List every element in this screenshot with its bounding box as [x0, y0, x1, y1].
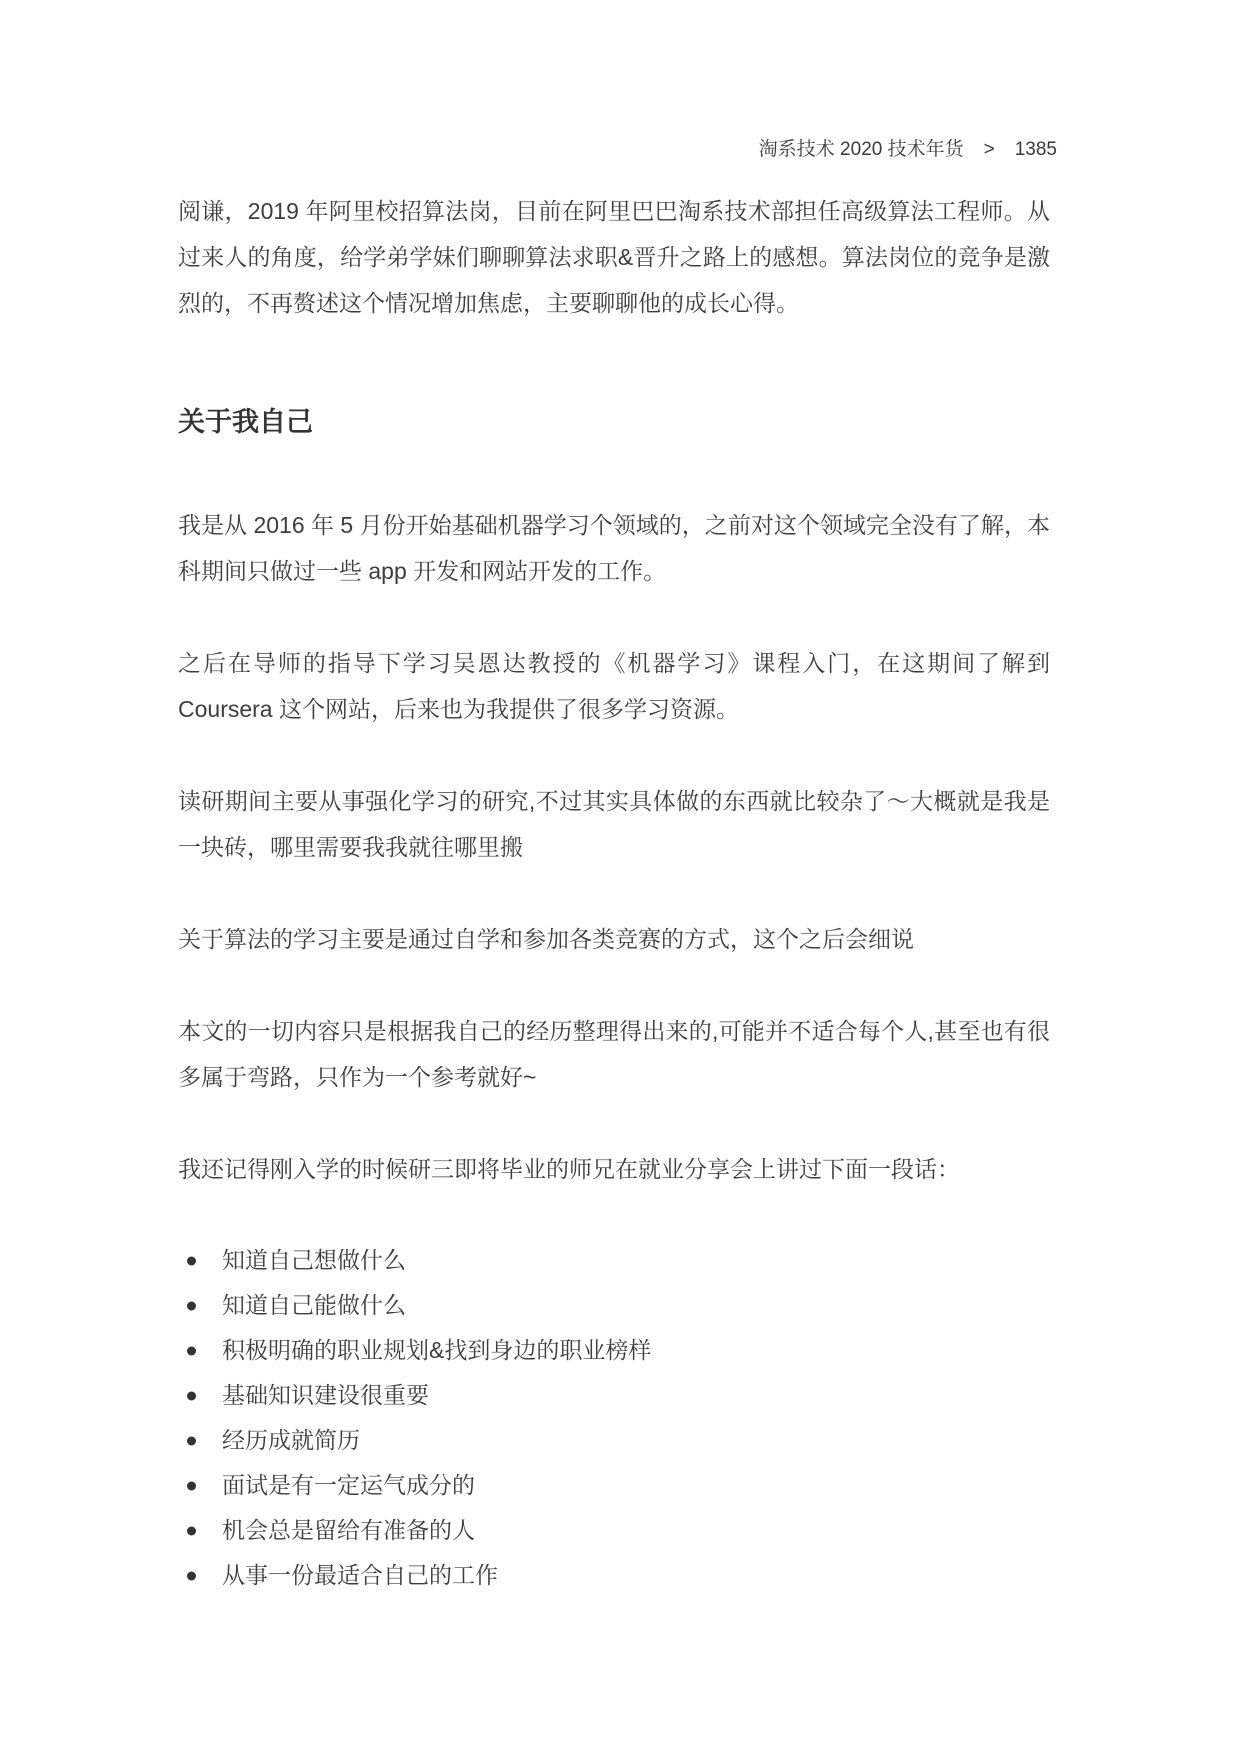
list-item-text: 机会总是留给有准备的人 [222, 1517, 475, 1543]
list-item: 积极明确的职业规划&找到身边的职业榜样 [178, 1328, 1050, 1373]
list-item: 面试是有一定运气成分的 [178, 1463, 1050, 1508]
list-item-text: 从事一份最适合自己的工作 [222, 1562, 498, 1588]
bullet-icon [187, 1391, 196, 1400]
header-page-number: 1385 [1015, 139, 1057, 161]
bullet-icon [187, 1256, 196, 1265]
breadcrumb-separator: > [984, 139, 995, 161]
bullet-icon [187, 1301, 196, 1310]
bullet-icon [187, 1526, 196, 1535]
header-title: 淘系技术 2020 技术年货 [759, 134, 964, 161]
bullet-list: 知道自己想做什么 知道自己能做什么 积极明确的职业规划&找到身边的职业榜样 基础… [178, 1238, 1050, 1598]
paragraph: 我是从 2016 年 5 月份开始基础机器学习个领域的，之前对这个领域完全没有了… [178, 502, 1050, 594]
paragraph: 我还记得刚入学的时候研三即将毕业的师兄在就业分享会上讲过下面一段话： [178, 1146, 1050, 1192]
list-item-text: 基础知识建设很重要 [222, 1382, 429, 1408]
bullet-icon [187, 1346, 196, 1355]
section-heading: 关于我自己 [178, 404, 1050, 440]
bullet-icon [187, 1571, 196, 1580]
list-item: 机会总是留给有准备的人 [178, 1508, 1050, 1553]
paragraph: 读研期间主要从事强化学习的研究,不过其实具体做的东西就比较杂了～大概就是我是一块… [178, 778, 1050, 870]
list-item: 经历成就简历 [178, 1418, 1050, 1463]
list-item-text: 面试是有一定运气成分的 [222, 1472, 475, 1498]
list-item-text: 知道自己想做什么 [222, 1247, 406, 1273]
document-content: 阅谦，2019 年阿里校招算法岗，目前在阿里巴巴淘系技术部担任高级算法工程师。从… [178, 188, 1050, 1598]
list-item-text: 经历成就简历 [222, 1427, 360, 1453]
bullet-icon [187, 1436, 196, 1445]
document-page: 淘系技术 2020 技术年货 > 1385 阅谦，2019 年阿里校招算法岗，目… [0, 0, 1240, 1755]
paragraph: 本文的一切内容只是根据我自己的经历整理得出来的,可能并不适合每个人,甚至也有很多… [178, 1008, 1050, 1100]
bullet-icon [187, 1481, 196, 1490]
paragraph-intro: 阅谦，2019 年阿里校招算法岗，目前在阿里巴巴淘系技术部担任高级算法工程师。从… [178, 188, 1050, 326]
list-item: 知道自己能做什么 [178, 1283, 1050, 1328]
list-item-text: 积极明确的职业规划&找到身边的职业榜样 [222, 1337, 651, 1363]
list-item: 知道自己想做什么 [178, 1238, 1050, 1283]
paragraph: 之后在导师的指导下学习吴恩达教授的《机器学习》课程入门，在这期间了解到 Cour… [178, 640, 1050, 732]
page-header: 淘系技术 2020 技术年货 > 1385 [759, 134, 1057, 161]
list-item: 从事一份最适合自己的工作 [178, 1553, 1050, 1598]
list-item: 基础知识建设很重要 [178, 1373, 1050, 1418]
list-item-text: 知道自己能做什么 [222, 1292, 406, 1318]
paragraph: 关于算法的学习主要是通过自学和参加各类竞赛的方式，这个之后会细说 [178, 916, 1050, 962]
